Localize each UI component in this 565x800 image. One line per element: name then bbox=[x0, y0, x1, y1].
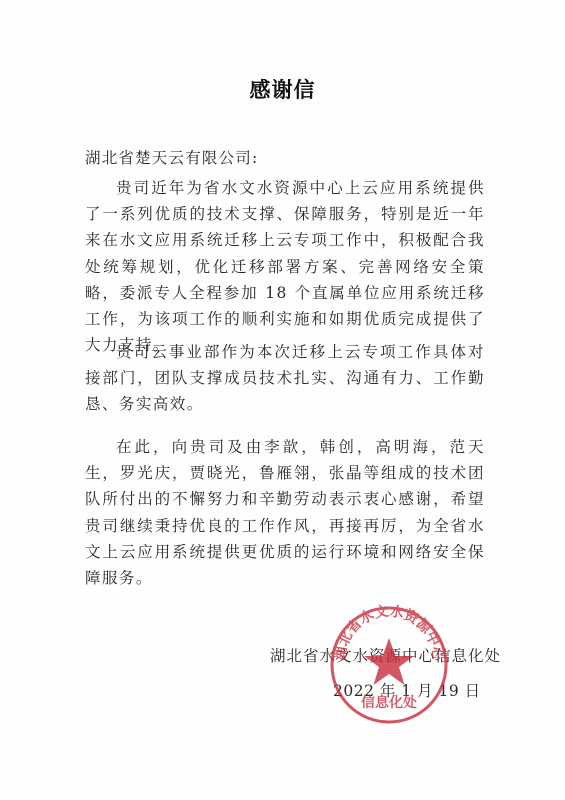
signature-organization: 湖北省水文水资源中心信息化处 bbox=[270, 644, 501, 666]
letter-title: 感谢信 bbox=[0, 74, 565, 104]
paragraph-text: 在此，向贵司及由李歆，韩创，高明海，范天生，罗光庆，贾晓光，鲁雁翎，张晶等组成的… bbox=[85, 434, 485, 591]
paragraph-text: 贵司近年为省水文水资源中心上云应用系统提供了一系列优质的技术支撑、保障服务，特别… bbox=[85, 175, 485, 358]
paragraph-text: 贵司云事业部作为本次迁移上云专项工作具体对接部门，团队支撑成员技术扎实、沟通有力… bbox=[85, 339, 485, 418]
salutation: 湖北省楚天云有限公司: bbox=[85, 146, 258, 168]
signature-date: 2022 年 1 月 19 日 bbox=[333, 679, 481, 701]
letter-page: 感谢信 湖北省楚天云有限公司: 贵司近年为省水文水资源中心上云应用系统提供了一系… bbox=[0, 0, 565, 800]
body-paragraph-1: 贵司近年为省水文水资源中心上云应用系统提供了一系列优质的技术支撑、保障服务，特别… bbox=[85, 175, 485, 358]
body-paragraph-2: 贵司云事业部作为本次迁移上云专项工作具体对接部门，团队支撑成员技术扎实、沟通有力… bbox=[85, 339, 485, 418]
body-paragraph-3: 在此，向贵司及由李歆，韩创，高明海，范天生，罗光庆，贾晓光，鲁雁翎，张晶等组成的… bbox=[85, 434, 485, 591]
